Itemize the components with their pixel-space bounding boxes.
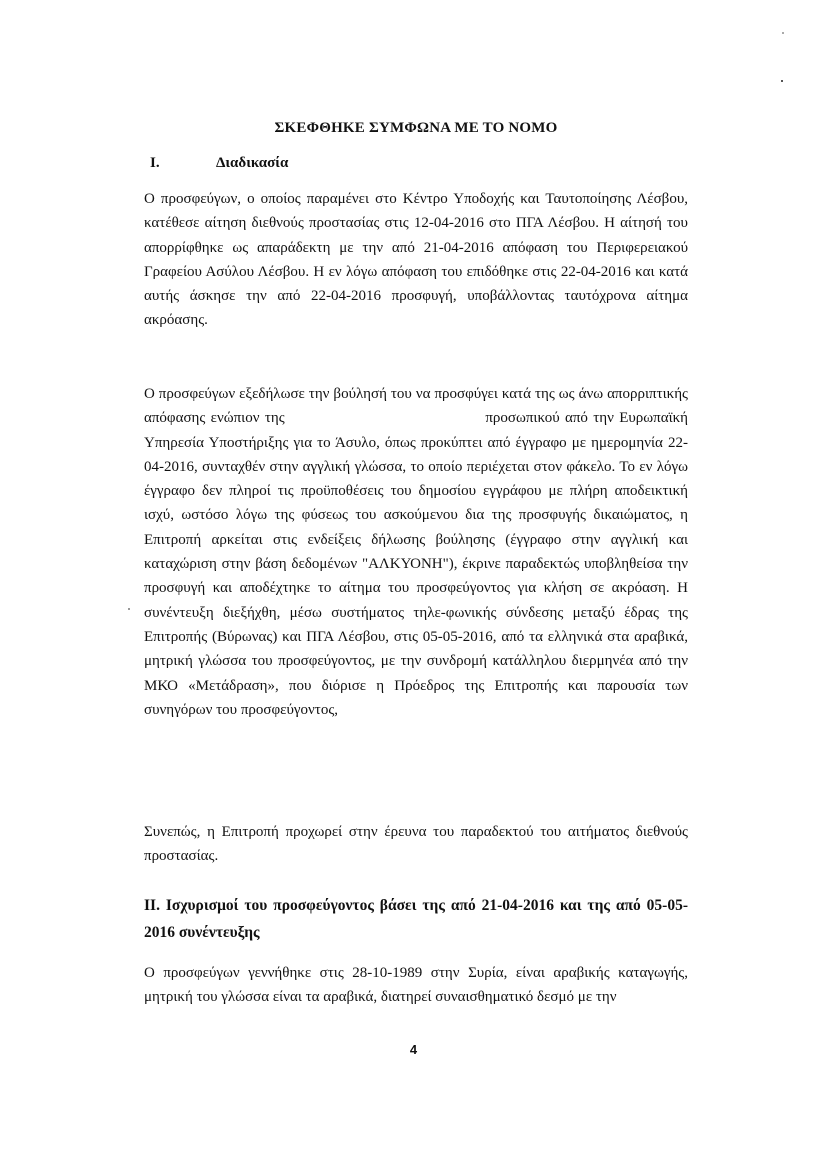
section-heading-procedure: I.Διαδικασία (150, 155, 288, 172)
scan-speck (782, 32, 784, 34)
paragraph-applicant-background: Ο προσφεύγων γεννήθηκε στις 28-10-1989 σ… (144, 961, 688, 1010)
scan-speck (128, 608, 130, 610)
page-number: 4 (0, 1042, 827, 1057)
paragraph-text-after-redaction: προσωπικού από την Ευρωπαϊκή Υπηρεσία Υπ… (144, 410, 688, 718)
paragraph-conclusion: Συνεπώς, η Επιτροπή προχωρεί στην έρευνα… (144, 820, 688, 869)
section-heading-claims: II. Ισχυρισμοί του προσφεύγοντος βάσει τ… (144, 892, 688, 946)
paragraph-appeal-details: Ο προσφεύγων εξεδήλωσε την βούλησή του ν… (144, 382, 688, 722)
scan-speck (781, 80, 783, 82)
document-page: ΣΚΕΦΘΗΚΕ ΣΥΜΦΩΝΑ ΜΕ ΤΟ ΝΟΜΟ I.Διαδικασία… (0, 0, 827, 1169)
section-title: Διαδικασία (216, 155, 288, 171)
paragraph-application: Ο προσφεύγων, ο οποίος παραμένει στο Κέν… (144, 187, 688, 333)
section-number: I. (150, 155, 216, 172)
document-title: ΣΚΕΦΘΗΚΕ ΣΥΜΦΩΝΑ ΜΕ ΤΟ ΝΟΜΟ (144, 120, 688, 137)
